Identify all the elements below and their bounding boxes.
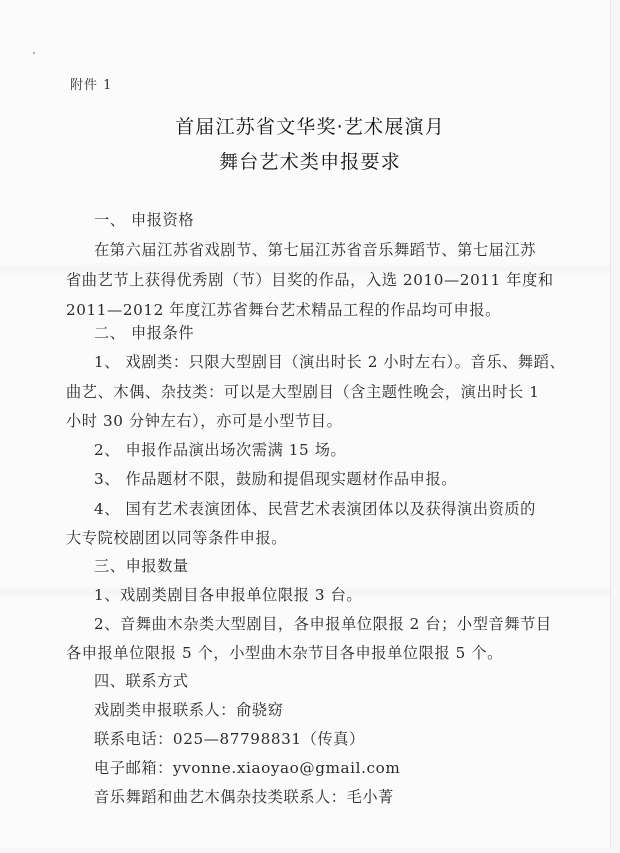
section-heading-contact: 四、联系方式: [94, 671, 189, 691]
paragraph-line: 2011—2012 年度江苏省舞台艺术精品工程的作品均可申报。: [66, 300, 501, 320]
paragraph-line: 曲艺、木偶、杂技类：可以是大型剧目（含主题性晚会，演出时长 1: [66, 382, 540, 402]
contact-drama: 戏剧类申报联系人：俞骁窈: [94, 700, 283, 720]
paragraph-line: 在第六届江苏省戏剧节、第七届江苏省音乐舞蹈节、第七届江苏: [94, 240, 536, 260]
paragraph-line: 1、戏剧类剧目各申报单位限报 3 台。: [94, 585, 362, 605]
scanned-page: 附件 1 首届江苏省文华奖·艺术展演月 舞台艺术类申报要求 一、 申报资格 在第…: [0, 0, 611, 848]
paragraph-line: 大专院校剧团以同等条件申报。: [66, 528, 287, 548]
paragraph-line: 2、 申报作品演出场次需满 15 场。: [94, 440, 346, 460]
paragraph-line: 3、 作品题材不限，鼓励和提倡现实题材作品申报。: [94, 469, 457, 489]
contact-email: 电子邮箱：yvonne.xiaoyao@gmail.com: [94, 758, 400, 778]
contact-music-dance: 音乐舞蹈和曲艺木偶杂技类联系人：毛小菁: [94, 787, 394, 807]
attachment-label: 附件 1: [70, 76, 112, 96]
paragraph-line: 各申报单位限报 5 个，小型曲木杂节目各申报单位限报 5 个。: [66, 643, 503, 663]
paragraph-line: 2、音舞曲木杂类大型剧目，各申报单位限报 2 台；小型音舞节目: [94, 614, 552, 634]
scan-speck: [33, 52, 35, 54]
paragraph-line: 1、 戏剧类：只限大型剧目（演出时长 2 小时左右）。音乐、舞蹈、: [94, 352, 565, 372]
document-title-line1: 首届江苏省文华奖·艺术展演月: [0, 112, 620, 139]
paragraph-line: 小时 30 分钟左右），亦可是小型节目。: [66, 411, 342, 431]
paragraph-line: 省曲艺节上获得优秀剧（节）目奖的作品，入选 2010—2011 年度和: [66, 270, 554, 290]
paragraph-line: 4、 国有艺术表演团体、民营艺术表演团体以及获得演出资质的: [94, 499, 536, 519]
contact-phone: 联系电话：025—87798831（传真）: [94, 729, 365, 749]
section-heading-conditions: 二、 申报条件: [94, 323, 194, 343]
section-heading-quantity: 三、申报数量: [94, 556, 189, 576]
section-heading-eligibility: 一、 申报资格: [94, 210, 194, 230]
document-title-line2: 舞台艺术类申报要求: [0, 147, 620, 174]
